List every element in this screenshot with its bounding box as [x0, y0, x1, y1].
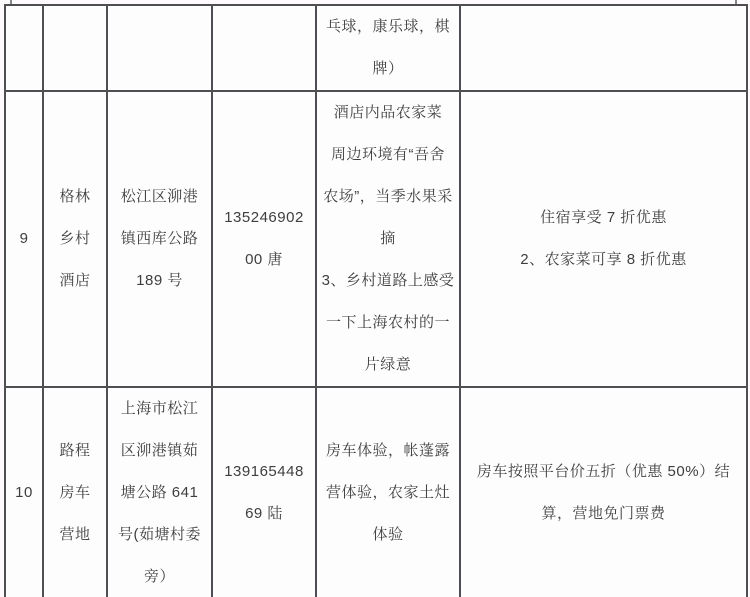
discount-text: 房车按照平台价五折（优惠 50%）结 算，营地免门票费 — [463, 451, 744, 535]
table-row-10: 10 路程 房车 营地 上海市松江 区泖港镇茹 塘公路 641 号(茹塘村委 旁… — [5, 387, 747, 597]
address-text: 上海市松江 区泖港镇茹 塘公路 641 号(茹塘村委 旁） — [110, 388, 209, 597]
cell-address: 上海市松江 区泖港镇茹 塘公路 641 号(茹塘村委 旁） — [107, 387, 212, 597]
cell-features: 房车体验，帐蓬露 营体验，农家土灶 体验 — [316, 387, 460, 597]
cell-name: 路程 房车 营地 — [43, 387, 107, 597]
features-text: 房车体验，帐蓬露 营体验，农家土灶 体验 — [319, 430, 457, 556]
phone-text: 135246902 00 唐 — [215, 197, 313, 281]
cell-phone — [212, 5, 316, 91]
name-text: 路程 房车 营地 — [46, 430, 104, 556]
cell-phone: 139165448 69 陆 — [212, 387, 316, 597]
table-row-9: 9 格林 乡村 酒店 松江区泖港 镇西库公路 189 号 135246902 0… — [5, 91, 747, 387]
row-number-text: 10 — [8, 472, 40, 514]
merchant-discount-table: 乓球，康乐球，棋 牌） 9 格林 乡村 酒店 松江区泖港 镇西库公路 189 号… — [4, 4, 748, 597]
cell-address — [107, 5, 212, 91]
cell-name — [43, 5, 107, 91]
discount-text: 住宿享受 7 折优惠 2、农家菜可享 8 折优惠 — [463, 197, 744, 281]
name-text: 格林 乡村 酒店 — [46, 176, 104, 302]
cell-discount: 住宿享受 7 折优惠 2、农家菜可享 8 折优惠 — [460, 91, 747, 387]
cell-row-number — [5, 5, 43, 91]
cell-discount — [460, 5, 747, 91]
cell-features: 乓球，康乐球，棋 牌） — [316, 5, 460, 91]
cell-name: 格林 乡村 酒店 — [43, 91, 107, 387]
row-number-text: 9 — [8, 218, 40, 260]
document-page: 乓球，康乐球，棋 牌） 9 格林 乡村 酒店 松江区泖港 镇西库公路 189 号… — [0, 0, 750, 597]
cell-address: 松江区泖港 镇西库公路 189 号 — [107, 91, 212, 387]
address-text: 松江区泖港 镇西库公路 189 号 — [110, 176, 209, 302]
features-text: 酒店内品农家菜 周边环境有“吾舍 农场”，当季水果采 摘 3、乡村道路上感受 一… — [319, 92, 457, 386]
cell-row-number: 10 — [5, 387, 43, 597]
features-text: 乓球，康乐球，棋 牌） — [319, 6, 457, 90]
cell-phone: 135246902 00 唐 — [212, 91, 316, 387]
cell-discount: 房车按照平台价五折（优惠 50%）结 算，营地免门票费 — [460, 387, 747, 597]
table-row-continuation: 乓球，康乐球，棋 牌） — [5, 5, 747, 91]
cell-row-number: 9 — [5, 91, 43, 387]
cell-features: 酒店内品农家菜 周边环境有“吾舍 农场”，当季水果采 摘 3、乡村道路上感受 一… — [316, 91, 460, 387]
phone-text: 139165448 69 陆 — [215, 451, 313, 535]
